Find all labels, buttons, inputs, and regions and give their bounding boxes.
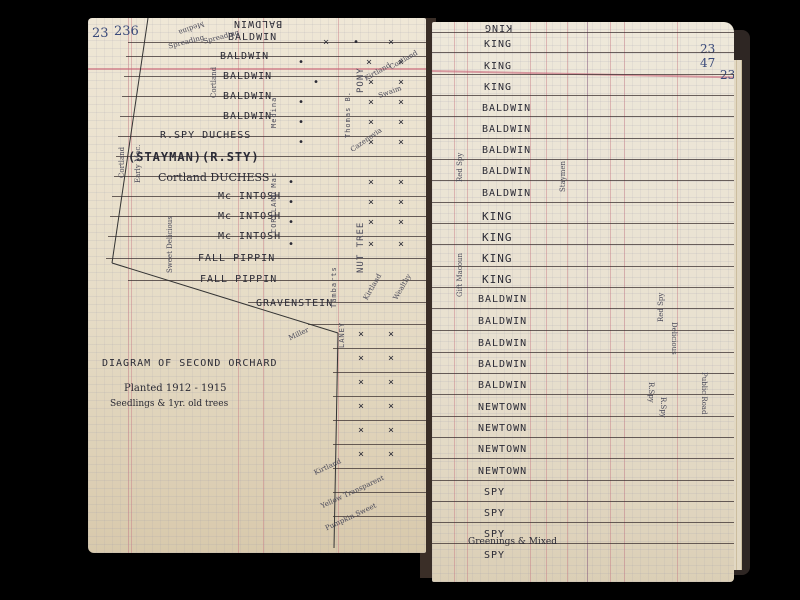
footer-note: Greenings & Mixed (468, 537, 557, 547)
vertical-label: CORTLAND (270, 191, 278, 233)
row-label: FALL PIPPIN (200, 274, 277, 285)
row-label: BALDWIN (220, 51, 269, 62)
row-label: BALDWIN (482, 145, 531, 156)
row-label: SPY (484, 508, 505, 519)
row-label: BALDWIN (482, 103, 531, 114)
vertical-label: Cortland (118, 147, 126, 178)
page-number: 23 47 (700, 42, 734, 70)
vertical-label: R.Spy (647, 382, 655, 403)
row-label: BALDWIN (223, 111, 272, 122)
left-page: 23 236 BALDWIN BALDWIN BALDWIN BALDWIN B… (88, 18, 426, 553)
row-label: KING (482, 252, 513, 265)
right-page: 23 47 23 KING KING KING KING BALDWIN BAL… (432, 22, 734, 582)
row-label: KING (482, 273, 513, 286)
row-label: SPY (484, 487, 505, 498)
diagram-title: DIAGRAM OF SECOND ORCHARD (102, 358, 278, 369)
row-label: BALDWIN (482, 188, 531, 199)
vertical-label: Cortland (210, 67, 218, 98)
diagram-subtitle-seedlings: Seedlings & 1yr. old trees (110, 399, 228, 409)
row-label: (STAYMAN)(R.STY) (128, 150, 260, 164)
row-label: KING (484, 61, 512, 72)
row-label: GRAVENSTEIN (256, 298, 333, 309)
vertical-label: Sweet Delicious (166, 216, 174, 273)
row-label: BALDWIN (223, 71, 272, 82)
row-label: KING (484, 82, 512, 93)
row-label: BALDWIN (478, 338, 527, 349)
vertical-label: LANEY (338, 322, 346, 348)
row-label: FALL PIPPIN (198, 253, 275, 264)
row-label: R.SPY DUCHESS (160, 130, 251, 141)
row-label: NEWTOWN (478, 466, 527, 477)
row-label: BALDWIN (478, 316, 527, 327)
row-label: BALDWIN (478, 359, 527, 370)
vertical-label: NUT TREE (356, 222, 366, 273)
vertical-label: Thomas B. (344, 91, 352, 138)
row-label: BALDWIN (478, 294, 527, 305)
row-label: NEWTOWN (478, 402, 527, 413)
diagram-subtitle-planted: Planted 1912 - 1915 (124, 383, 226, 394)
vertical-label: Early Mac. (134, 144, 142, 183)
vertical-label: R.Spy (659, 397, 667, 418)
vertical-label: Red Spy (456, 153, 464, 182)
vertical-label: Staymen (559, 161, 567, 192)
vertical-label: Delicious (670, 322, 678, 355)
vertical-label: Medina (270, 97, 278, 128)
row-label: BALDWIN (478, 380, 527, 391)
vertical-label: Red Spy (657, 293, 665, 322)
vertical-label: Public Road (700, 372, 708, 414)
page-number: 23 (720, 68, 734, 82)
row-label: KING (482, 231, 513, 244)
row-label: KING (484, 39, 512, 50)
row-label: KING (482, 210, 513, 223)
row-label: SPY (484, 550, 505, 561)
row-label: Cortland DUCHESS (158, 171, 269, 184)
vertical-label: Tambarts (330, 266, 338, 308)
row-label: BALDWIN (233, 18, 282, 29)
row-label: KING (484, 22, 512, 33)
row-label: BALDWIN (482, 124, 531, 135)
row-label: BALDWIN (223, 91, 272, 102)
row-label: NEWTOWN (478, 423, 527, 434)
row-label: BALDWIN (482, 166, 531, 177)
vertical-label: Gift Macoun (456, 253, 464, 297)
row-label: NEWTOWN (478, 444, 527, 455)
